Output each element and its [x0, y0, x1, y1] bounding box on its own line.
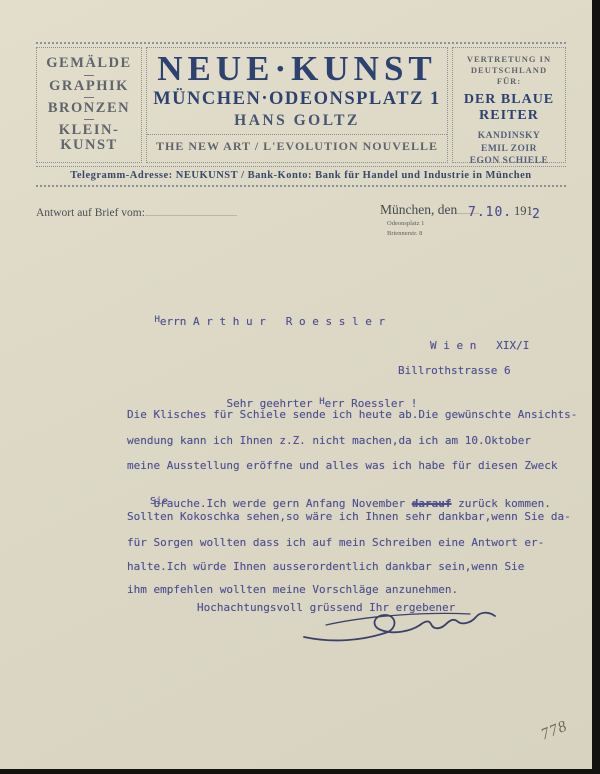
gallery-address: MÜNCHEN·ODEONSPLATZ 1 [147, 89, 447, 110]
divider-dash [84, 97, 94, 98]
representation-line-3: FÜR: [453, 76, 565, 87]
gallery-owner: HANS GOLTZ [147, 112, 447, 130]
raised-h: H [319, 397, 324, 407]
small-address-line-1: Odeonsplatz 1 [387, 219, 424, 229]
body-line-2: wendung kann ich Ihnen z.Z. nicht machen… [127, 434, 531, 447]
gallery-tagline: THE NEW ART / L'EVOLUTION NOUVELLE [147, 134, 447, 156]
artist-kandinsky: KANDINSKY [453, 130, 565, 142]
interlined-word: Sie [150, 496, 168, 507]
category-bronzen: BRONZEN [48, 101, 130, 116]
gallery-name: NEUE·KUNST [147, 51, 447, 88]
category-kleinkunst-2: KUNST [60, 138, 117, 153]
category-gemaelde: GEMÄLDE [46, 56, 131, 71]
scan-edge-bottom [0, 769, 600, 774]
letterhead-categories-box: GEMÄLDE GRAPHIK BRONZEN KLEIN- KUNST [36, 47, 142, 163]
typed-year-digit: 2 [532, 207, 540, 222]
struck-word: darauf [412, 497, 452, 510]
printed-year-prefix: 191 [514, 204, 533, 219]
letterhead-representation-box: VERTRETUNG IN DEUTSCHLAND FÜR: DER BLAUE… [452, 47, 566, 163]
artist-zoir: EMIL ZOIR [453, 143, 565, 155]
reply-fill-line [145, 206, 237, 216]
body-line-5: Sollten Kokoschka sehen,so wäre ich Ihne… [127, 510, 571, 523]
pencil-page-number: 778 [539, 718, 571, 745]
divider-dash [84, 75, 94, 76]
typed-date: 7.10. [468, 205, 512, 220]
category-kleinkunst-1: KLEIN- [59, 123, 120, 138]
divider-dash [84, 119, 94, 120]
letterhead-main-box: NEUE·KUNST MÜNCHEN·ODEONSPLATZ 1 HANS GO… [146, 47, 448, 163]
blaue-reiter-line-1: DER BLAUE [453, 92, 565, 108]
letterhead-top-rule [36, 42, 566, 44]
recipient-street-line: Billrothstrasse 6 [398, 364, 511, 377]
letterhead: GEMÄLDE GRAPHIK BRONZEN KLEIN- KUNST NEU… [36, 42, 566, 187]
city-date-label: München, den [380, 202, 479, 218]
blaue-reiter-line-2: REITER [453, 108, 565, 124]
category-graphik: GRAPHIK [49, 79, 129, 94]
small-address-line-2: Briennerstr. 8 [387, 229, 424, 239]
representation-line-1: VERTRETUNG IN [453, 54, 565, 65]
recipient-city-line: W i e n XIX/I [430, 339, 529, 352]
letter-paper: GEMÄLDE GRAPHIK BRONZEN KLEIN- KUNST NEU… [0, 0, 592, 769]
representation-line-2: DEUTSCHLAND [453, 65, 565, 76]
artist-schiele: EGON SCHIELE [453, 155, 565, 167]
telegram-bank-bar: Telegramm-Adresse: NEUKUNST / Bank-Konto… [36, 166, 566, 187]
hans-goltz-signature [298, 604, 508, 648]
reply-to-label: Antwort auf Brief vom: [36, 206, 237, 219]
small-address-lines: Odeonsplatz 1 Briennerstr. 8 [387, 219, 424, 239]
body-line-1: Die Klisches für Schiele sende ich heute… [127, 408, 577, 421]
body-line-7: halte.Ich würde Ihnen ausserordentlich d… [127, 560, 524, 573]
body-line-6: für Sorgen wollten dass ich auf mein Sch… [127, 536, 544, 549]
scan-edge-right [592, 0, 600, 774]
recipient-line: Herrn A r t h u r R o e s s l e r [128, 302, 385, 341]
body-line-3: meine Ausstellung eröffne und alles was … [127, 459, 557, 472]
body-line-8: ihm empfehlen wollten meine Vorschläge a… [127, 583, 458, 596]
raised-h: H [155, 315, 160, 325]
